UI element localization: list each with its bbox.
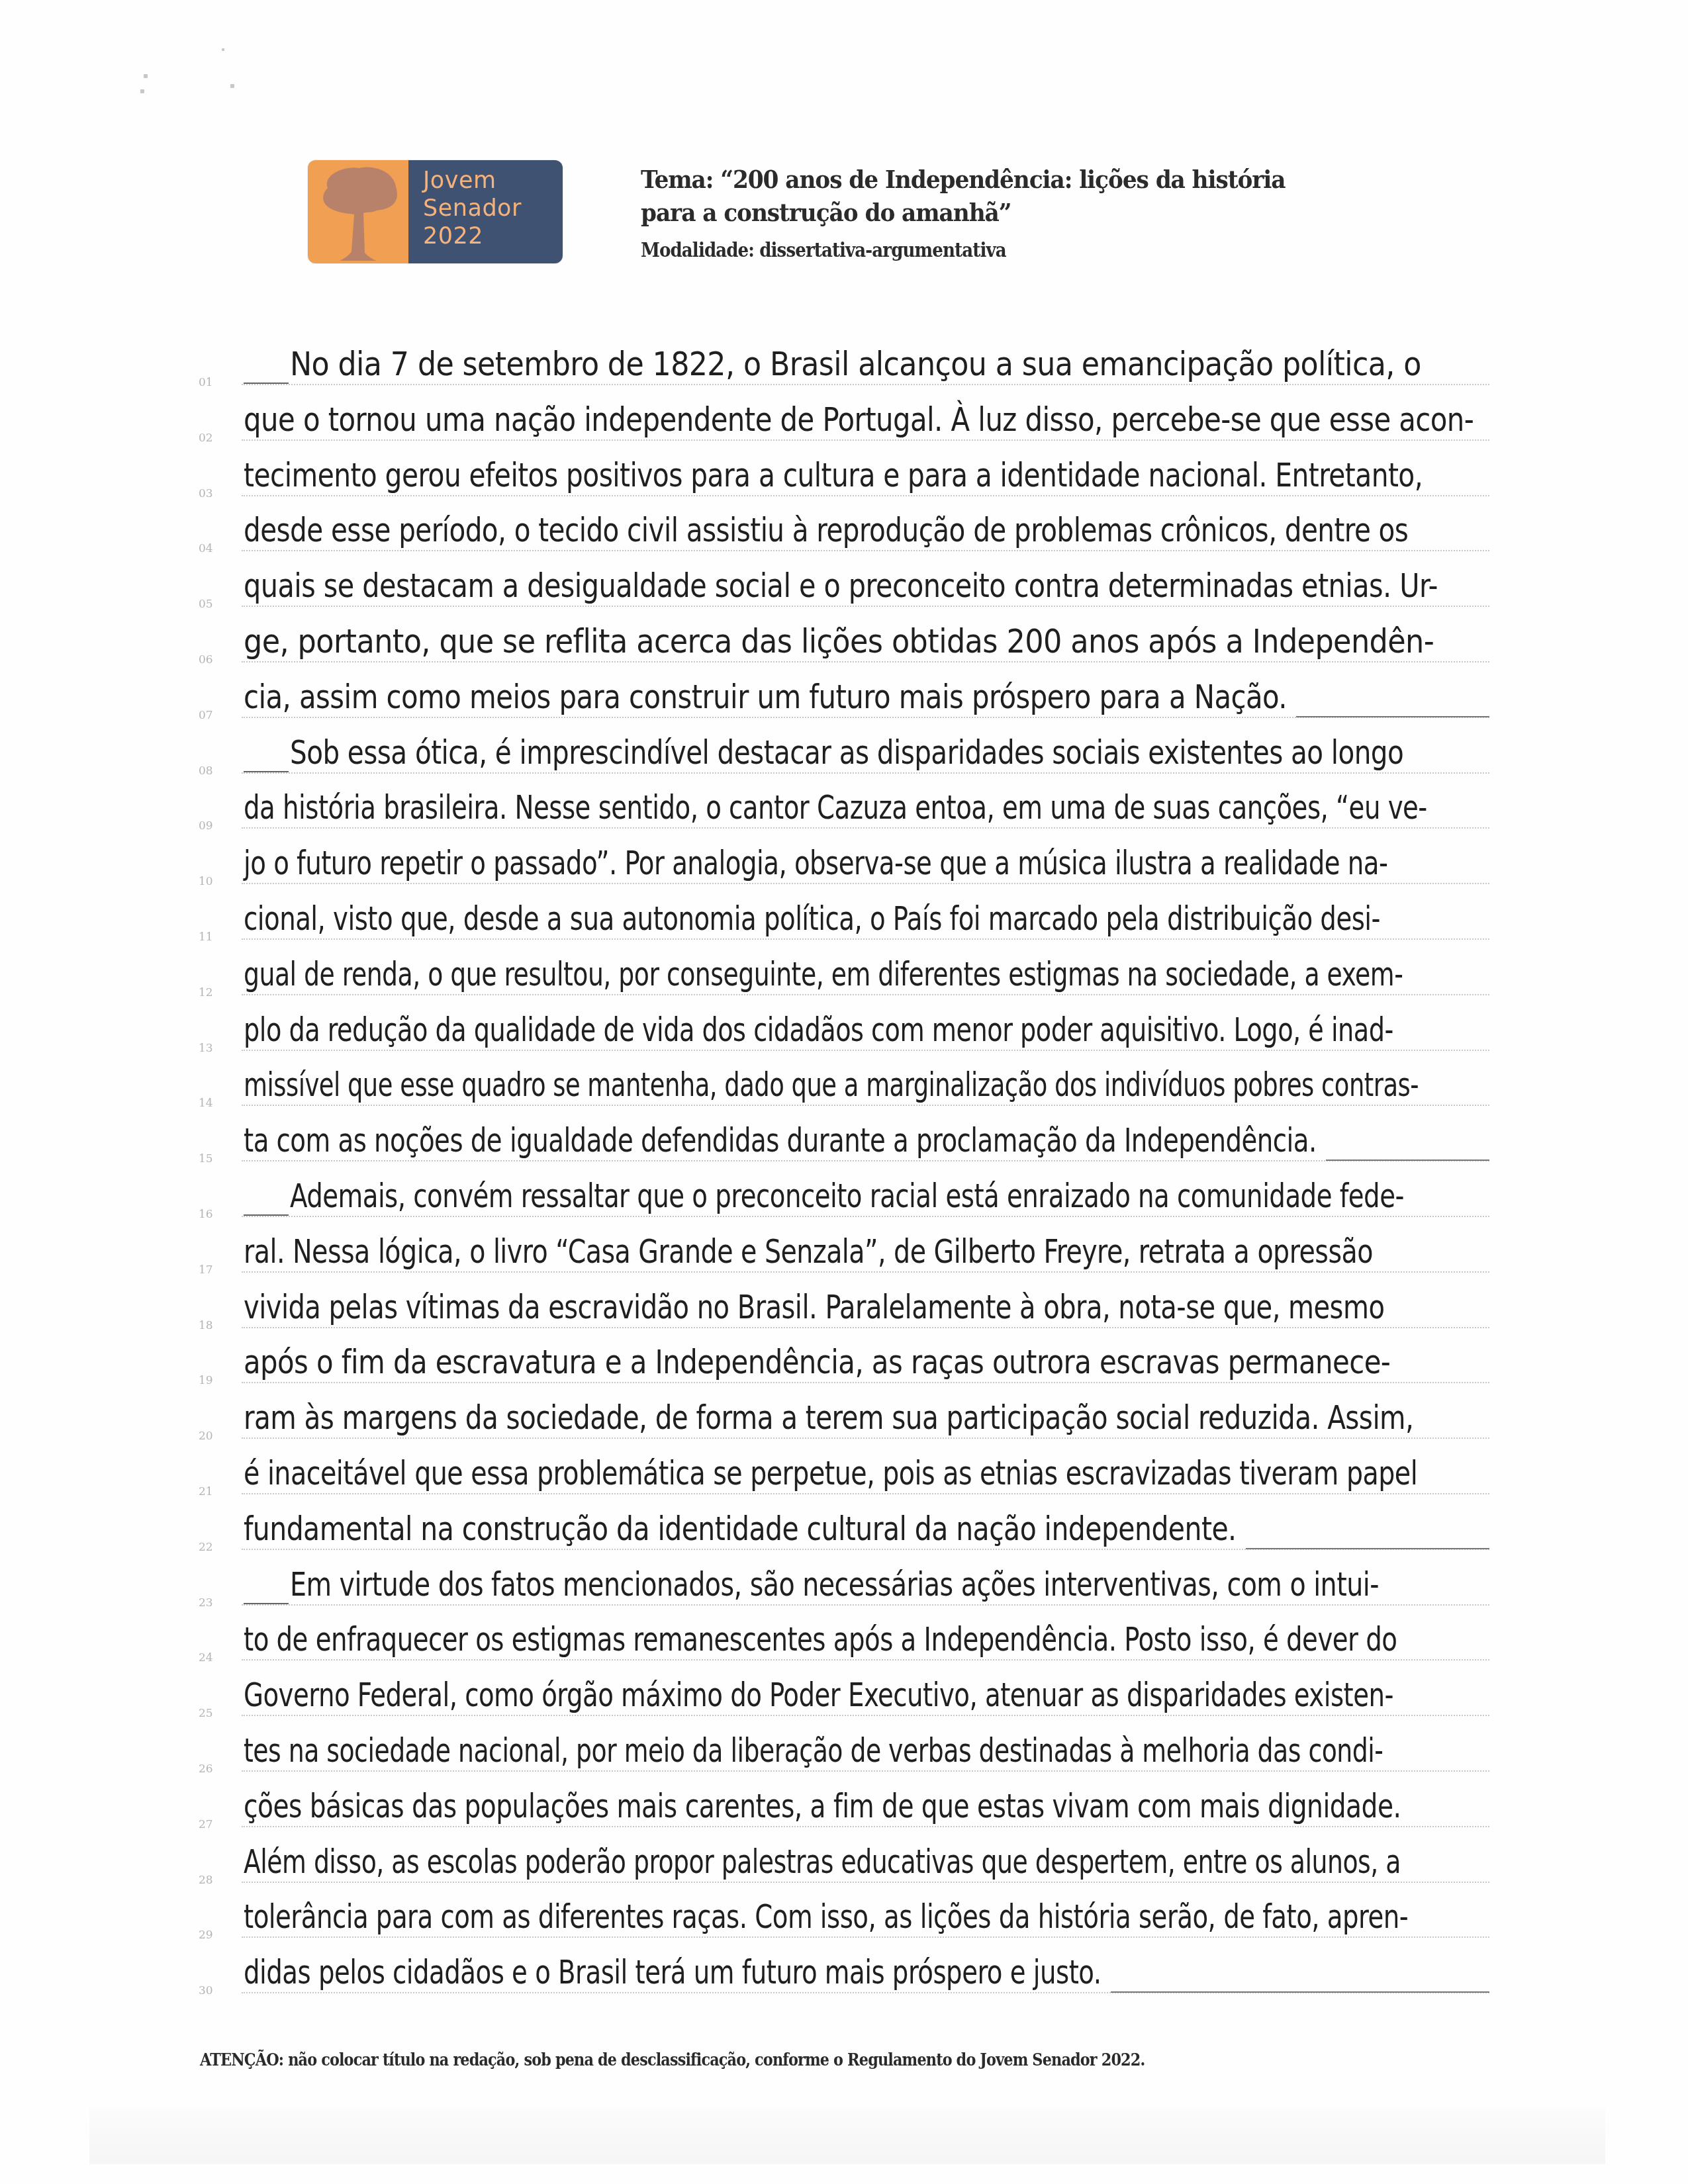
handwritten-text: quais se destacam a desigualdade social … bbox=[244, 566, 1438, 606]
ruled-line bbox=[242, 1770, 1489, 1772]
essay-line: 05quais se destacam a desigualdade socia… bbox=[192, 557, 1489, 612]
handwritten-text: ram às margens da sociedade, de forma a … bbox=[244, 1398, 1413, 1437]
ruled-line bbox=[242, 495, 1489, 496]
line-number: 21 bbox=[199, 1485, 225, 1498]
handwritten-text: tecimento gerou efeitos positivos para a… bbox=[244, 455, 1423, 495]
line-number: 25 bbox=[199, 1707, 225, 1720]
ruled-line bbox=[242, 1882, 1489, 1883]
handwritten-text: tolerância para com as diferentes raças.… bbox=[244, 1897, 1408, 1936]
line-number: 03 bbox=[199, 487, 225, 500]
ruled-line bbox=[242, 994, 1489, 995]
line-fill-stroke bbox=[1111, 1991, 1489, 1993]
ruled-line bbox=[242, 1493, 1489, 1494]
handwritten-text: Além disso, as escolas poderão propor pa… bbox=[244, 1842, 1401, 1882]
line-number: 01 bbox=[199, 376, 225, 389]
essay-line: 25Governo Federal, como órgão máximo do … bbox=[192, 1666, 1489, 1721]
ruled-line bbox=[242, 827, 1489, 829]
essay-line: 20ram às margens da sociedade, de forma … bbox=[192, 1388, 1489, 1444]
handwritten-text: jo o futuro repetir o passado”. Por anal… bbox=[244, 843, 1387, 883]
essay-line: 02que o tornou uma nação independente de… bbox=[192, 390, 1489, 446]
ruled-line bbox=[242, 1659, 1489, 1661]
ruled-line bbox=[242, 1050, 1489, 1051]
handwritten-text: ge, portanto, que se reflita acerca das … bbox=[244, 621, 1434, 661]
handwritten-text: que o tornou uma nação independente de P… bbox=[244, 400, 1474, 439]
handwritten-text: fundamental na construção da identidade … bbox=[244, 1509, 1237, 1549]
essay-line: 29tolerância para com as diferentes raça… bbox=[192, 1888, 1489, 1943]
line-number: 22 bbox=[199, 1541, 225, 1554]
essay-line: 24to de enfraquecer os estigmas remanesc… bbox=[192, 1610, 1489, 1666]
essay-line: 26tes na sociedade nacional, por meio da… bbox=[192, 1721, 1489, 1777]
handwritten-text: cional, visto que, desde a sua autonomia… bbox=[244, 899, 1380, 938]
essay-line: 07cia, assim como meios para construir u… bbox=[192, 668, 1489, 723]
handwritten-text: No dia 7 de setembro de 1822, o Brasil a… bbox=[290, 344, 1421, 384]
ruled-line bbox=[242, 1216, 1489, 1217]
essay-writing-area: 01No dia 7 de setembro de 1822, o Brasil… bbox=[0, 0, 1688, 2184]
line-number: 20 bbox=[199, 1430, 225, 1443]
line-number: 09 bbox=[199, 819, 225, 833]
essay-line: 03tecimento gerou efeitos positivos para… bbox=[192, 446, 1489, 502]
line-number: 12 bbox=[199, 986, 225, 999]
line-number: 10 bbox=[199, 875, 225, 888]
handwritten-text: desde esse período, o tecido civil assis… bbox=[244, 510, 1408, 550]
handwritten-text: ral. Nessa lógica, o livro “Casa Grande … bbox=[244, 1232, 1373, 1271]
ruled-line bbox=[242, 550, 1489, 551]
handwritten-text: gual de renda, o que resultou, por conse… bbox=[244, 954, 1403, 994]
handwritten-text: cia, assim como meios para construir um … bbox=[244, 677, 1287, 717]
handwritten-text: to de enfraquecer os estigmas remanescen… bbox=[244, 1619, 1397, 1659]
line-fill-stroke bbox=[1246, 1548, 1490, 1549]
essay-line: 27ções básicas das populações mais caren… bbox=[192, 1777, 1489, 1833]
line-number: 04 bbox=[199, 542, 225, 555]
essay-line: 16Ademais, convém ressaltar que o precon… bbox=[192, 1167, 1489, 1222]
ruled-line bbox=[242, 1826, 1489, 1827]
ruled-line bbox=[242, 1437, 1489, 1439]
essay-line: 11cional, visto que, desde a sua autonom… bbox=[192, 889, 1489, 945]
paragraph-indent-mark bbox=[244, 383, 289, 384]
line-number: 17 bbox=[199, 1263, 225, 1277]
line-fill-stroke bbox=[1326, 1160, 1489, 1161]
line-number: 08 bbox=[199, 764, 225, 778]
essay-line: 01No dia 7 de setembro de 1822, o Brasil… bbox=[192, 335, 1489, 390]
handwritten-text: plo da redução da qualidade de vida dos … bbox=[244, 1010, 1393, 1050]
line-number: 11 bbox=[199, 931, 225, 944]
essay-line: 06ge, portanto, que se reflita acerca da… bbox=[192, 612, 1489, 668]
handwritten-text: é inaceitável que essa problemática se p… bbox=[244, 1453, 1417, 1493]
ruled-line bbox=[242, 1382, 1489, 1383]
handwritten-text: vivida pelas vítimas da escravidão no Br… bbox=[244, 1287, 1384, 1327]
title-warning-notice: ATENÇÃO: não colocar título na redação, … bbox=[200, 2050, 1145, 2070]
line-number: 24 bbox=[199, 1651, 225, 1664]
line-number: 29 bbox=[199, 1929, 225, 1942]
ruled-line bbox=[242, 1604, 1489, 1606]
ruled-line bbox=[242, 606, 1489, 607]
essay-line: 04desde esse período, o tecido civil ass… bbox=[192, 501, 1489, 557]
essay-line: 22fundamental na construção da identidad… bbox=[192, 1500, 1489, 1555]
essay-line: 30didas pelos cidadãos e o Brasil terá u… bbox=[192, 1943, 1489, 1999]
essay-line: 18vivida pelas vítimas da escravidão no … bbox=[192, 1278, 1489, 1334]
handwritten-text: Ademais, convém ressaltar que o preconce… bbox=[290, 1176, 1404, 1216]
essay-form-page: Jovem Senador 2022 Tema: “200 anos de In… bbox=[0, 0, 1688, 2184]
essay-line: 17ral. Nessa lógica, o livro “Casa Grand… bbox=[192, 1222, 1489, 1278]
essay-line: 09da história brasileira. Nesse sentido,… bbox=[192, 778, 1489, 834]
essay-line: 10jo o futuro repetir o passado”. Por an… bbox=[192, 834, 1489, 889]
paragraph-indent-mark bbox=[244, 1214, 289, 1216]
line-fill-stroke bbox=[1296, 716, 1489, 717]
line-number: 02 bbox=[199, 432, 225, 445]
essay-line: 12gual de renda, o que resultou, por con… bbox=[192, 945, 1489, 1001]
scan-bleed-through bbox=[89, 2108, 1605, 2164]
ruled-line bbox=[242, 1715, 1489, 1716]
essay-line: 13plo da redução da qualidade de vida do… bbox=[192, 1001, 1489, 1056]
line-number: 07 bbox=[199, 709, 225, 722]
ruled-line bbox=[242, 661, 1489, 662]
paragraph-indent-mark bbox=[244, 1603, 289, 1604]
paragraph-indent-mark bbox=[244, 771, 289, 772]
line-number: 30 bbox=[199, 1984, 225, 1997]
line-number: 18 bbox=[199, 1319, 225, 1332]
line-number: 05 bbox=[199, 598, 225, 611]
line-number: 16 bbox=[199, 1208, 225, 1221]
essay-line: 14missível que esse quadro se mantenha, … bbox=[192, 1056, 1489, 1111]
line-number: 23 bbox=[199, 1596, 225, 1610]
handwritten-text: após o fim da escravatura e a Independên… bbox=[244, 1342, 1390, 1382]
essay-line: 21é inaceitável que essa problemática se… bbox=[192, 1444, 1489, 1500]
ruled-line bbox=[242, 384, 1489, 385]
essay-line: 23Em virtude dos fatos mencionados, são … bbox=[192, 1555, 1489, 1611]
handwritten-text: missível que esse quadro se mantenha, da… bbox=[244, 1065, 1419, 1105]
handwritten-text: ta com as noções de igualdade defendidas… bbox=[244, 1120, 1317, 1160]
handwritten-text: Em virtude dos fatos mencionados, são ne… bbox=[290, 1565, 1379, 1604]
essay-line: 08Sob essa ótica, é imprescindível desta… bbox=[192, 723, 1489, 779]
essay-line: 28Além disso, as escolas poderão propor … bbox=[192, 1833, 1489, 1888]
ruled-line bbox=[242, 1936, 1489, 1938]
ruled-line bbox=[242, 439, 1489, 441]
handwritten-text: da história brasileira. Nesse sentido, o… bbox=[244, 788, 1427, 827]
essay-line: 19após o fim da escravatura e a Independ… bbox=[192, 1333, 1489, 1388]
ruled-line bbox=[242, 1105, 1489, 1106]
ruled-line bbox=[242, 1327, 1489, 1328]
ruled-line bbox=[242, 1160, 1489, 1161]
handwritten-text: tes na sociedade nacional, por meio da l… bbox=[244, 1731, 1383, 1770]
ruled-line bbox=[242, 772, 1489, 774]
line-number: 27 bbox=[199, 1818, 225, 1831]
ruled-line bbox=[242, 883, 1489, 884]
essay-line: 15ta com as noções de igualdade defendid… bbox=[192, 1111, 1489, 1167]
line-number: 19 bbox=[199, 1374, 225, 1387]
line-number: 13 bbox=[199, 1042, 225, 1055]
line-number: 15 bbox=[199, 1152, 225, 1165]
line-number: 26 bbox=[199, 1762, 225, 1776]
handwritten-text: ções básicas das populações mais carente… bbox=[244, 1786, 1401, 1826]
handwritten-text: Sob essa ótica, é imprescindível destaca… bbox=[290, 733, 1403, 772]
ruled-line bbox=[242, 938, 1489, 940]
handwritten-text: didas pelos cidadãos e o Brasil terá um … bbox=[244, 1952, 1102, 1992]
line-number: 06 bbox=[199, 653, 225, 666]
ruled-line bbox=[242, 1271, 1489, 1273]
line-number: 28 bbox=[199, 1874, 225, 1887]
handwritten-text: Governo Federal, como órgão máximo do Po… bbox=[244, 1675, 1393, 1715]
line-number: 14 bbox=[199, 1097, 225, 1110]
